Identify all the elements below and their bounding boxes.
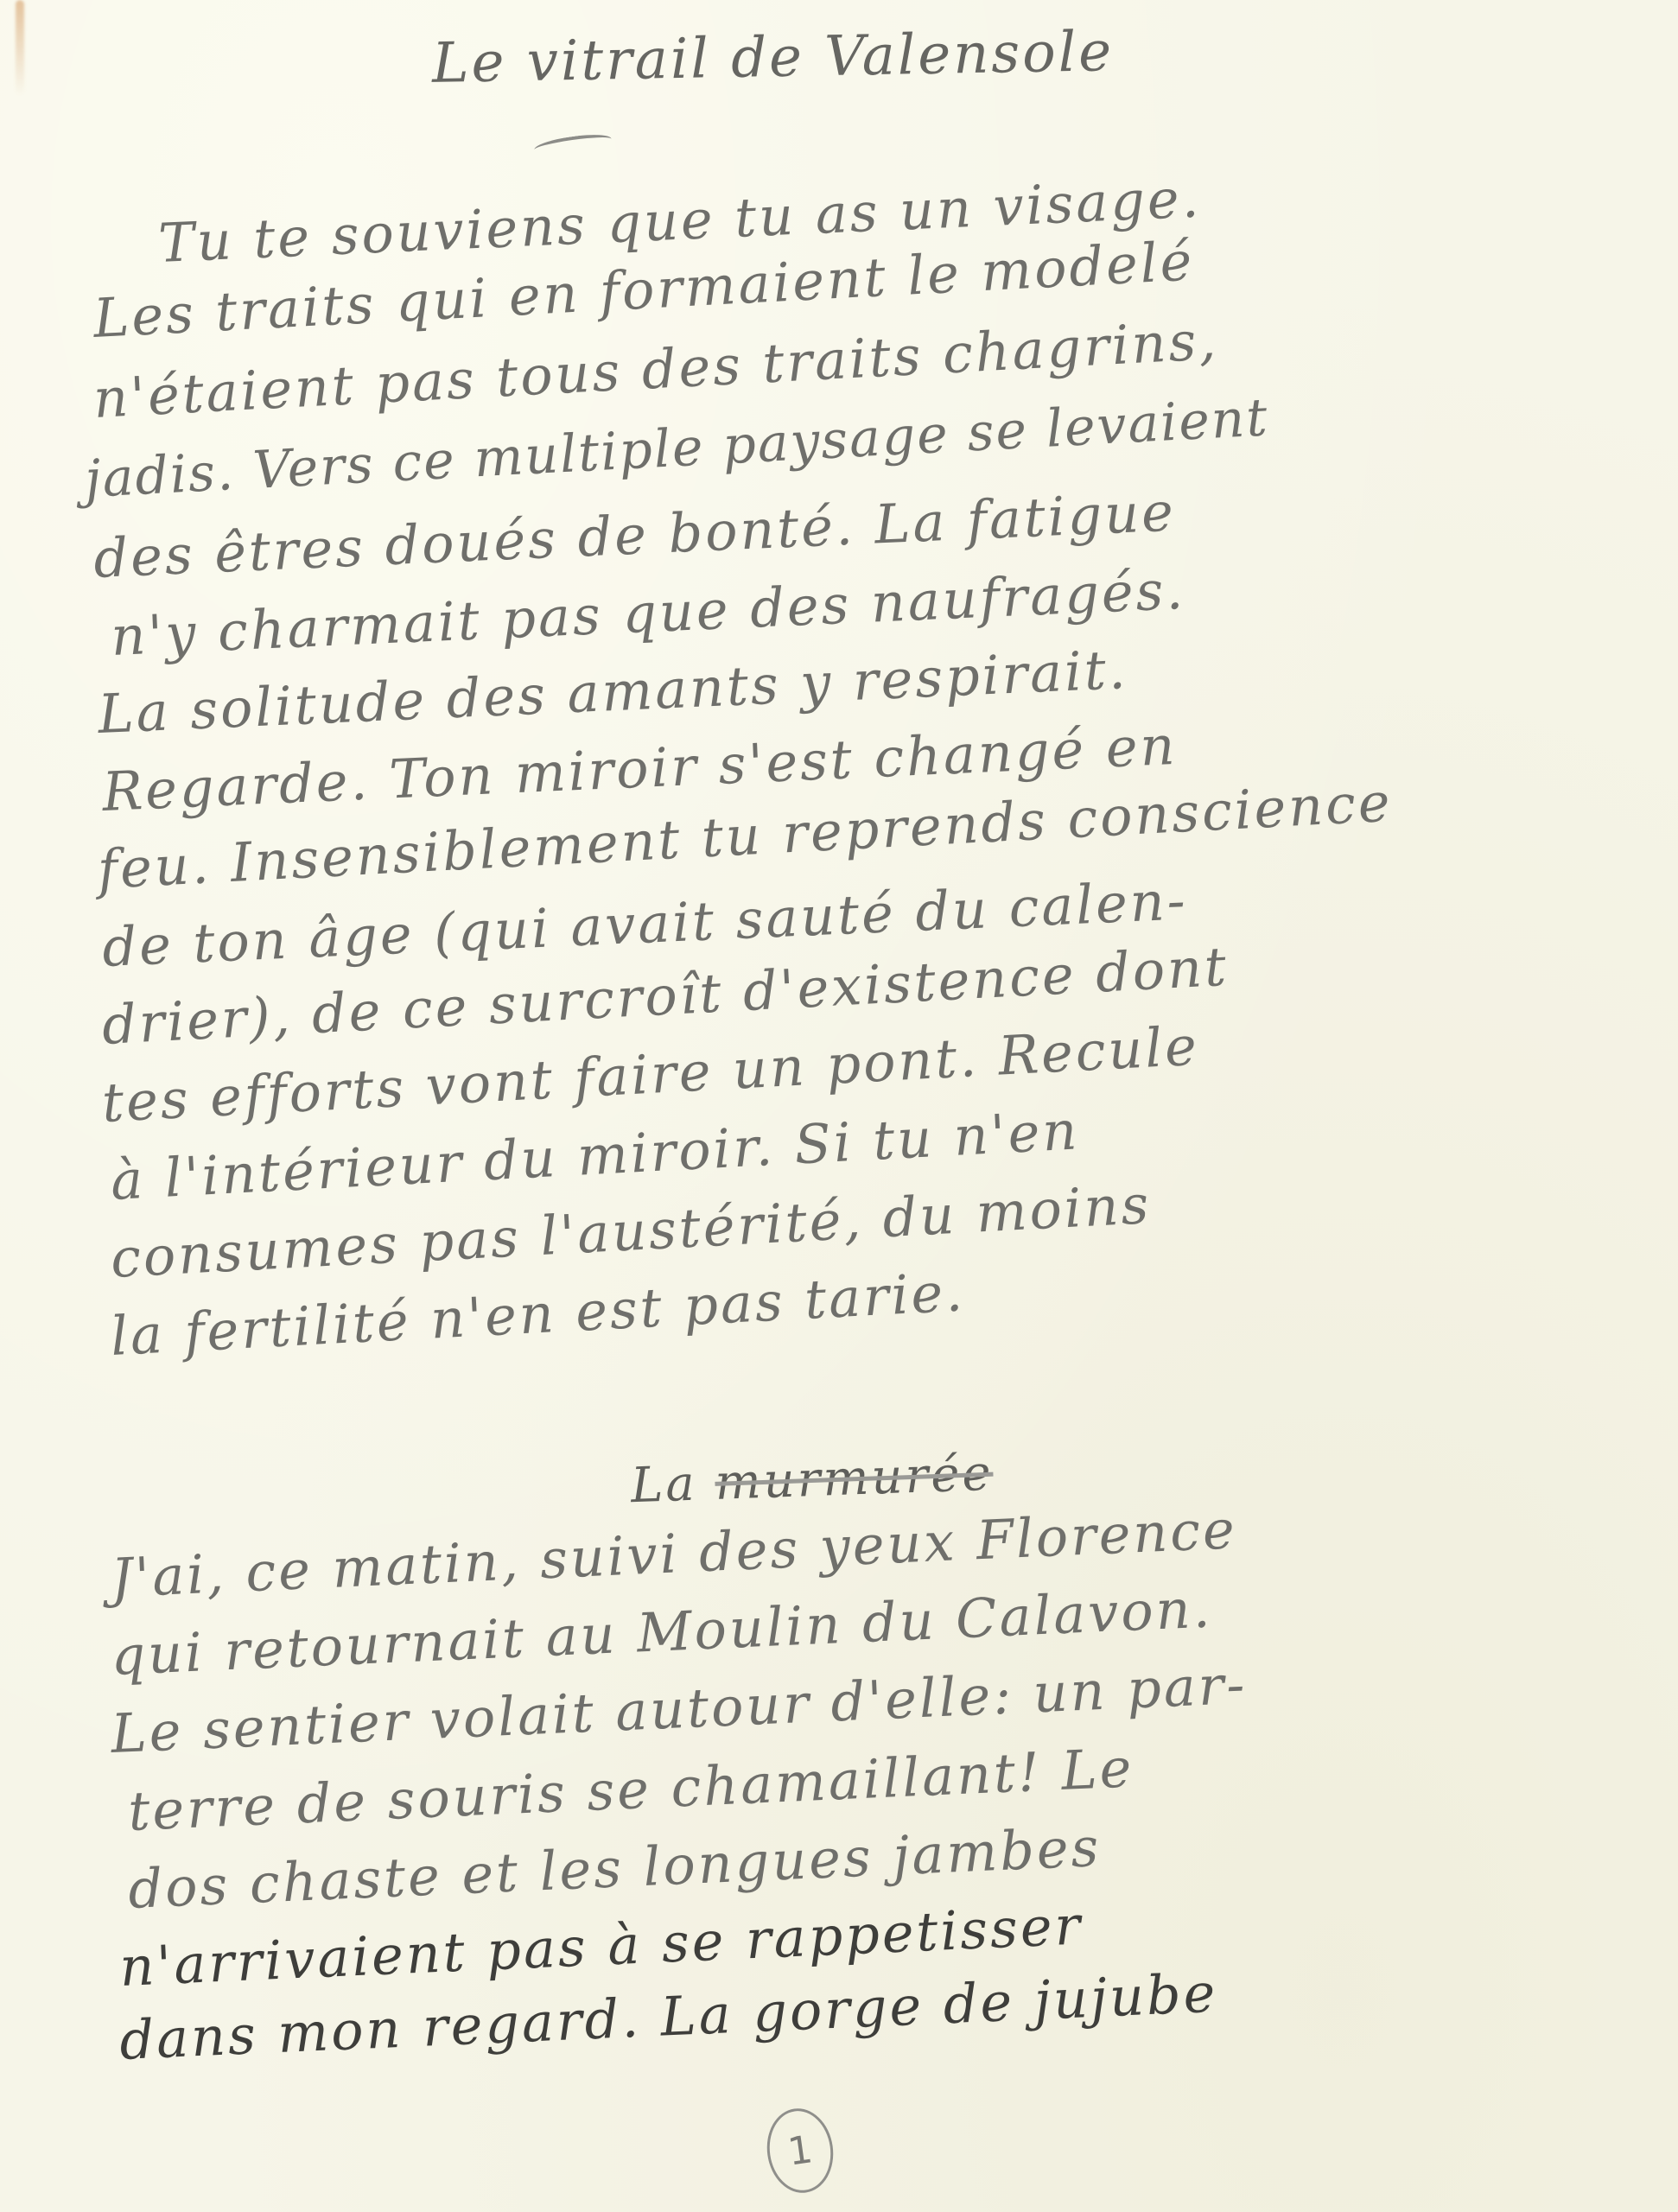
page-number-text: 1 bbox=[785, 2127, 816, 2174]
document-title: Le vitrail de Valensole bbox=[431, 20, 1114, 96]
paper-stain bbox=[16, 0, 24, 95]
section-title-struck-word: murmurée bbox=[714, 1446, 994, 1511]
section-title-prefix: La bbox=[630, 1456, 698, 1515]
